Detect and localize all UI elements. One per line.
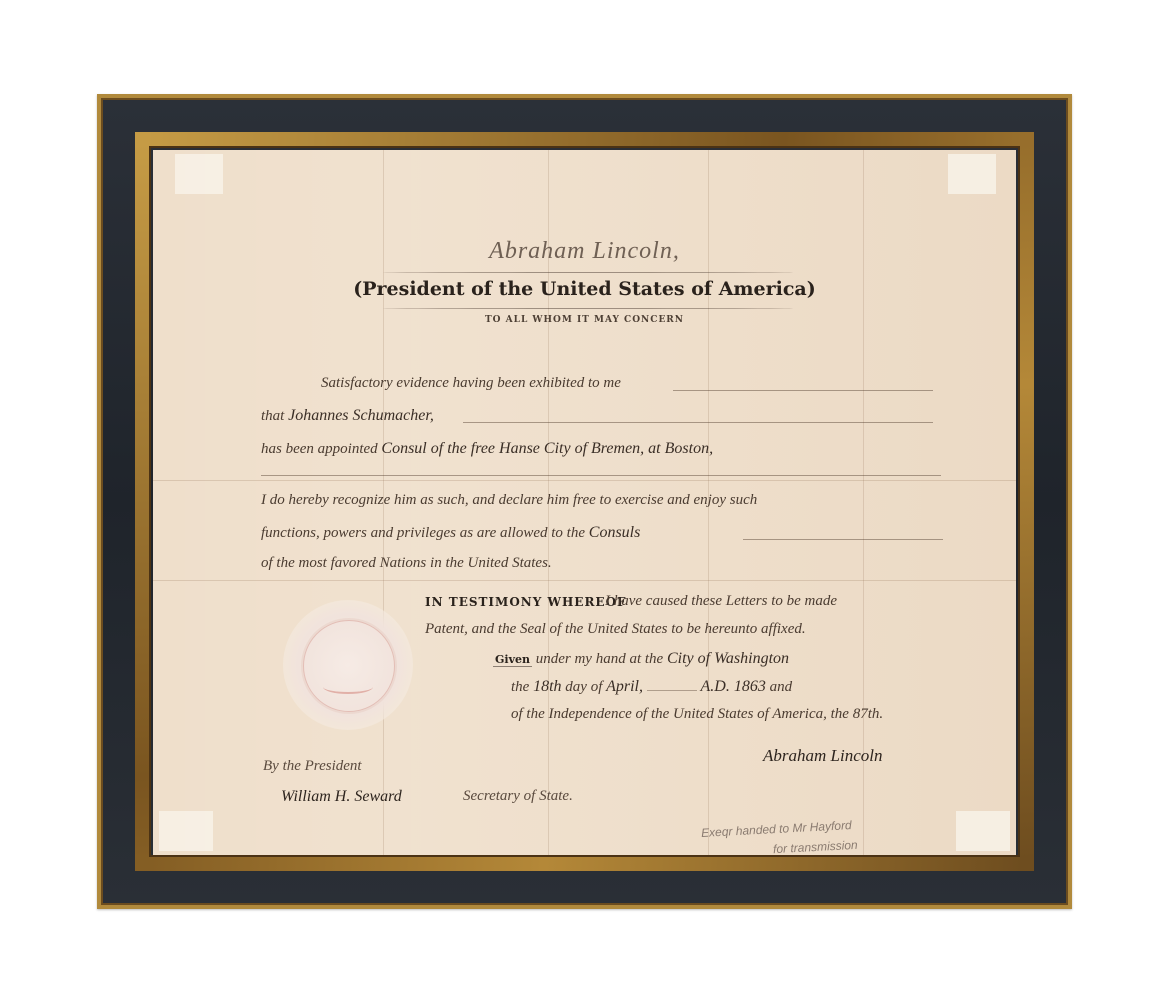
day: 18th xyxy=(533,678,561,695)
seal-wax-trace xyxy=(323,680,373,694)
seal-ring xyxy=(303,620,395,712)
body-line-6: of the most favored Nations in the Unite… xyxy=(261,555,906,572)
month: April, xyxy=(606,678,643,695)
fill-rule xyxy=(261,475,941,476)
testimony-heading: IN TESTIMONY WHEREOF xyxy=(425,595,627,609)
annotation-line-1: Exeqr handed to Mr Hayford xyxy=(701,818,852,840)
office-title: Consul of the free Hanse City of Bremen,… xyxy=(381,440,713,457)
embossed-seal xyxy=(283,600,413,730)
picture-frame: Abraham Lincoln, (President of the Unite… xyxy=(97,94,1072,909)
flourish xyxy=(383,272,793,274)
body-line-3: has been appointed Consul of the free Ha… xyxy=(261,440,906,458)
given-line: Given under my hand at the City of Washi… xyxy=(493,650,906,668)
independence-line: of the Independence of the United States… xyxy=(511,706,906,723)
place: City of Washington xyxy=(667,650,789,667)
document-paper: Abraham Lincoln, (President of the Unite… xyxy=(153,150,1016,855)
testimony-line-1: I have caused these Letters to be made xyxy=(605,593,906,610)
testimony-line-2: Patent, and the Seal of the United State… xyxy=(425,621,906,638)
signer-heading: Abraham Lincoln, xyxy=(153,238,1016,265)
title-paren: ) xyxy=(807,278,816,300)
commission-text: Abraham Lincoln, (President of the Unite… xyxy=(153,150,1016,855)
appointee-name: Johannes Schumacher, xyxy=(288,407,434,424)
president-signature: Abraham Lincoln xyxy=(763,746,882,766)
date-line: the 18th day of April, A.D. 1863 and xyxy=(511,678,906,696)
fill-rule xyxy=(463,422,933,423)
flourish xyxy=(383,308,793,310)
annotation-line-2: for transmission xyxy=(773,838,858,855)
document-title: (President of the United States of Ameri… xyxy=(153,278,1016,300)
body-line-4: I do hereby recognize him as such, and d… xyxy=(261,492,906,509)
secretary-title: Secretary of State. xyxy=(463,788,573,805)
address-line: TO ALL WHOM IT MAY CONCERN xyxy=(153,315,1016,325)
by-the-president: By the President xyxy=(263,758,362,775)
fill-rule xyxy=(743,539,943,540)
title-paren: ( xyxy=(353,278,362,300)
fill-rule xyxy=(647,690,697,691)
fill-rule xyxy=(673,390,933,391)
given-label: Given xyxy=(493,653,532,667)
secretary-signature: William H. Seward xyxy=(281,788,402,806)
year: A.D. 1863 xyxy=(701,678,766,695)
consuls-fill: Consuls xyxy=(589,524,641,541)
